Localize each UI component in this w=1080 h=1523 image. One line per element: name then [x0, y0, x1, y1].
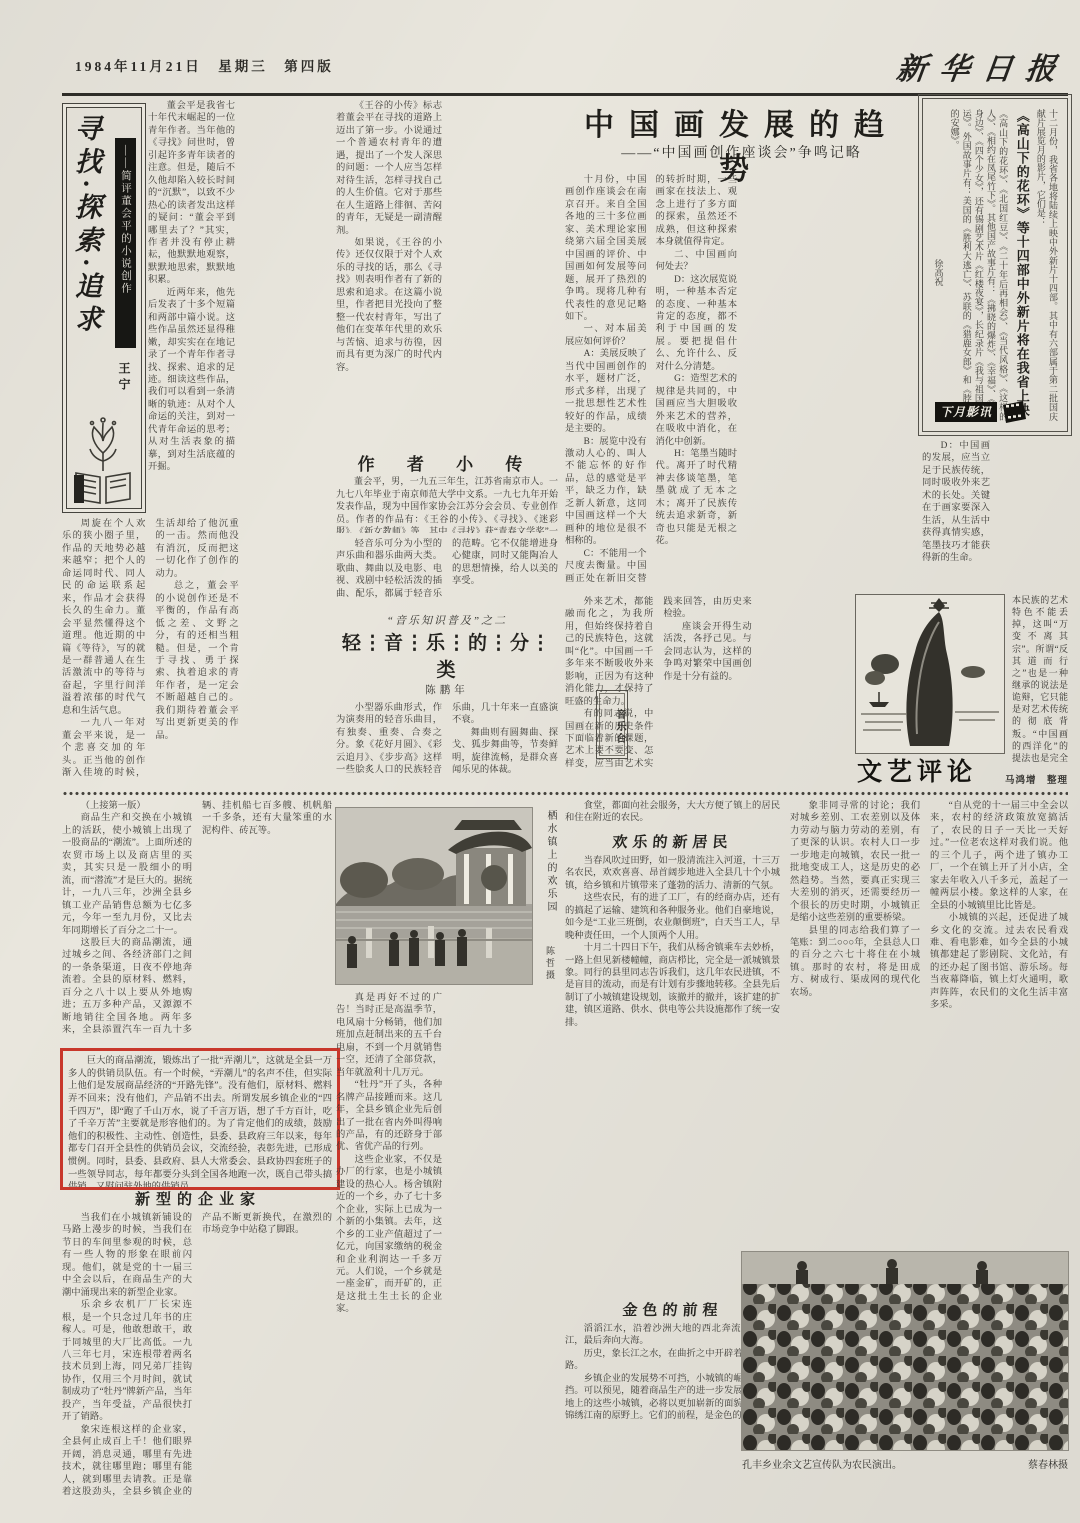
feature-body-mid: 《王谷的小传》标志着董会平在寻找的道路上迈出了第一步。小说通过一个普通农村青年的… [336, 100, 558, 445]
park-photo-caption: 栖水镇上的欢乐园 陈哲摄 [538, 810, 558, 982]
park-photo-caption-text: 栖水镇上的欢乐园 [545, 810, 556, 914]
film-strip-icon [1000, 401, 1026, 423]
painting-forum-subtitle: ——“中国画创作座谈会”争鸣记略 [565, 142, 918, 162]
mid-story-body: 真是再好不过的广告！当时正是高温季节，电风扇十分畅销，他们加班加点赶制出来的五千… [336, 992, 558, 1512]
next-month-films-label: 下月影讯 [935, 402, 997, 422]
heading-happy-residents: 欢乐的新居民 [565, 831, 780, 852]
arts-review-side-text: 本民族的艺术特色不能丢掉，这叫“万变不离其宗”。所谓“反其道而行之”也是一种继承… [1012, 594, 1068, 762]
feature-byline: 王宁 [116, 362, 133, 394]
film-notice-title: 《高山下的花环》等十四部中外新片将在我省上映 [1013, 109, 1031, 421]
light-music-body: 小型器乐曲形式，作为演奏用的轻音乐曲目，有独奏、重奏、合奏之分。象《花好月圆》、… [336, 702, 558, 798]
park-photo-credit: 陈哲摄 [545, 946, 555, 982]
jump-story-col1: （上接第一版）商品生产和交换在小城镇上的活跃，使小城镇上出现了一股商品的“潮流”… [62, 800, 332, 1044]
arts-review-box: 文艺评论 本民族的艺术特色不能丢掉，这叫“万变不离其宗”。所谓“反其道而行之”也… [855, 594, 1068, 792]
painting-forum-bottom: 外来艺术，都能融而化之，为我所用，但始终保持着自己的民族特色，这就叫“化”。中国… [565, 596, 850, 790]
col4-intro: 食堂，都面向社会服务，大大方便了镇上的居民和住在附近的农民。 [565, 800, 780, 825]
film-notice-body: 《高山下的花环》、《北国红豆》、《二十年后再相会》、《当代风格》、《这样的人》、… [948, 109, 1009, 421]
flower-book-illustration [72, 415, 134, 507]
author-bio: 作 者 小 传 董会平，男，一九五三年生，江苏省南京市人。一九七八年毕业于南京师… [336, 450, 558, 534]
arts-review-label: 文艺评论 [857, 752, 977, 788]
author-bio-body: 董会平，男，一九五三年生，江苏省南京市人。一九七八年毕业于南京师范大学中文系。一… [336, 475, 558, 533]
film-notice-lead: 十二月份，我省各地将陆续上映中外新片十四部。其中有六部属于第二批国庆献片展览月的… [1035, 109, 1059, 421]
author-bio-title: 作 者 小 传 [336, 450, 558, 475]
park-photo [336, 808, 532, 984]
story-col6: “自从党的十一届三中全会以来，农村的经济政策放宽搞活了，农民的日子一天比一天好过… [930, 800, 1068, 1246]
arts-review-credit: 马鸿增 整理 [1005, 772, 1068, 786]
section-divider [62, 791, 1068, 796]
story-col5: 象非同寻常的讨论；我们对城乡差别、工农差别以及体力劳动与脑力劳动的差别，有了更深… [790, 800, 920, 1246]
painting-forum-cont: D：中国画的发展，应当立足于民族传统，同时吸收外来艺术的长处。关键在于画家要深入… [922, 440, 1068, 588]
masthead-title: 新华日报 [890, 44, 1075, 88]
highlighted-passage: 巨大的商品潮流，锻炼出了一批“弄潮儿”，这就是全县一万多人的供销员队伍。有一个时… [60, 1048, 340, 1190]
light-music-byline: 陈鹏年 [336, 682, 558, 697]
newspaper-page: { "page":{"bg":"#e9e6dd","ink":"#34332f"… [0, 0, 1080, 1523]
film-notice-sign: 徐高祝 [932, 259, 944, 421]
light-music-kicker: “音乐知识普及”之二 [336, 612, 558, 628]
light-music-section: 轻音乐可分为小型的声乐曲和器乐曲两大类。歌曲、舞曲以及电影、电视、戏剧中轻松活泼… [336, 538, 558, 792]
feature-title-box: 寻找·探索·追求 ——简评董会平的小说创作 王宁 [62, 103, 146, 513]
crowd-photo-caption-text: 孔丰乡业余文艺宣传队为农民演出。 [742, 1456, 902, 1471]
next-month-films-logo: 下月影讯 [935, 401, 1026, 423]
feature-body-bottom: 周旋在个人欢乐的狭小圈子里，作品的天地势必越来越窄；把个人的命运同时代、同人民的… [62, 518, 332, 790]
new-entrepreneurs-body: 当我们在小城镇新铺设的马路上漫步的时候，当我们在节日的车间里参观的时候，总有一些… [62, 1212, 332, 1512]
feature-title: 寻找·探索·追求 [67, 114, 106, 444]
happy-residents-body: 当春风吹过田野，如一股清流注入河道，十三万名农民，欢欢喜喜、昂首阔步地进入全县几… [565, 855, 780, 1293]
film-notice-box: 十二月份，我省各地将陆续上映中外新片十四部。其中有六部属于第二批国庆献片展览月的… [922, 98, 1068, 432]
light-music-title: 轻⋮音⋮乐⋮的⋮分⋮类 [336, 628, 558, 682]
light-music-intro: 轻音乐可分为小型的声乐曲和器乐曲两大类。歌曲、舞曲以及电影、电视、戏剧中轻松活泼… [336, 538, 558, 606]
crowd-photo [742, 1252, 1068, 1450]
feature-subtitle: ——简评董会平的小说创作 [115, 138, 136, 348]
crowd-photo-caption-row: 孔丰乡业余文艺宣传队为农民演出。 蔡春林摄 [742, 1456, 1068, 1471]
feature-body-top: 董会平是我省七十年代末崛起的一位青年作者。当年他的《寻找》问世时，曾引起许多青年… [148, 100, 332, 510]
heading-new-entrepreneurs: 新型的企业家 [62, 1188, 334, 1209]
header-rule [62, 93, 1068, 96]
landscape-illustration [855, 594, 1005, 754]
date-line: 1984年11月21日 星期三 第四版 [75, 55, 334, 75]
painting-forum-body: 十月份，中国画创作座谈会在南京召开。来自全国各地的三十多位画家、美术理论家围绕第… [565, 174, 918, 590]
crowd-photo-credit: 蔡春林摄 [1028, 1456, 1068, 1471]
